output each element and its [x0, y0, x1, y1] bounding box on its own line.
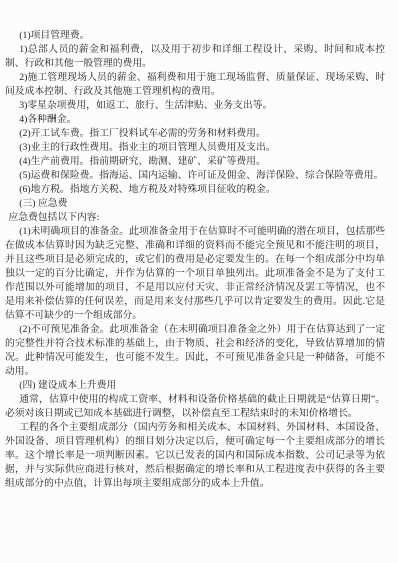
- section-heading: (四) 建设成本上升费用: [5, 379, 385, 393]
- paragraph: 3)零星杂项费用，如返工、旅行、生活津贴、业务支出等。: [5, 99, 385, 113]
- paragraph: (2)开工试车费。指工厂投料试车必需的劳务和材料费用。: [5, 127, 385, 141]
- paragraph: (4)生产前费用。指前期研究、勘测、建矿、采矿等费用。: [5, 155, 385, 169]
- paragraph: (5)运费和保险费。指海运、国内运输、许可证及佣金、海洋保险、综合保险等费用。: [5, 169, 385, 183]
- section-heading: (三) 应急费: [5, 197, 385, 211]
- paragraph: 应急费包括以下内容:: [5, 211, 385, 225]
- paragraph: (1)未明确项目的准备金。此项准备金用于在估算时不可能明确的潜在项目，包括那些在…: [5, 225, 385, 323]
- paragraph: 2)施工管理现场人员的薪金、福利费和用于施工现场监督、质量保证、现场采购、时间及…: [5, 71, 385, 99]
- paragraph: (1)项目管理费。: [5, 29, 385, 43]
- paragraph: 1)总部人员的薪金和福利费，以及用于初步和详细工程设计、采购、时间和成本控制、行…: [5, 43, 385, 71]
- paragraph: 工程的各个主要组成部分（国内劳务和相关成本、本国材料、外国材料、本国设备、外国设…: [5, 421, 385, 491]
- paragraph: (3)业主的行政性费用。指业主的项目管理人员费用及支出。: [5, 141, 385, 155]
- paragraph: 通常，估算中使用的构成工资率、材料和设备价格基础的截止日期就是“估算日期”。必须…: [5, 393, 385, 421]
- paragraph: 4)各种酬金。: [5, 113, 385, 127]
- scanned-document-page: (1)项目管理费。 1)总部人员的薪金和福利费，以及用于初步和详细工程设计、采购…: [0, 0, 398, 563]
- paragraph: (6)地方税。指地方关税、地方税及对特殊项目征收的税金。: [5, 183, 385, 197]
- paragraph: (2)不可预见准备金。此项准备金（在未明确项目准备金之外）用于在估算达到了一定的…: [5, 323, 385, 379]
